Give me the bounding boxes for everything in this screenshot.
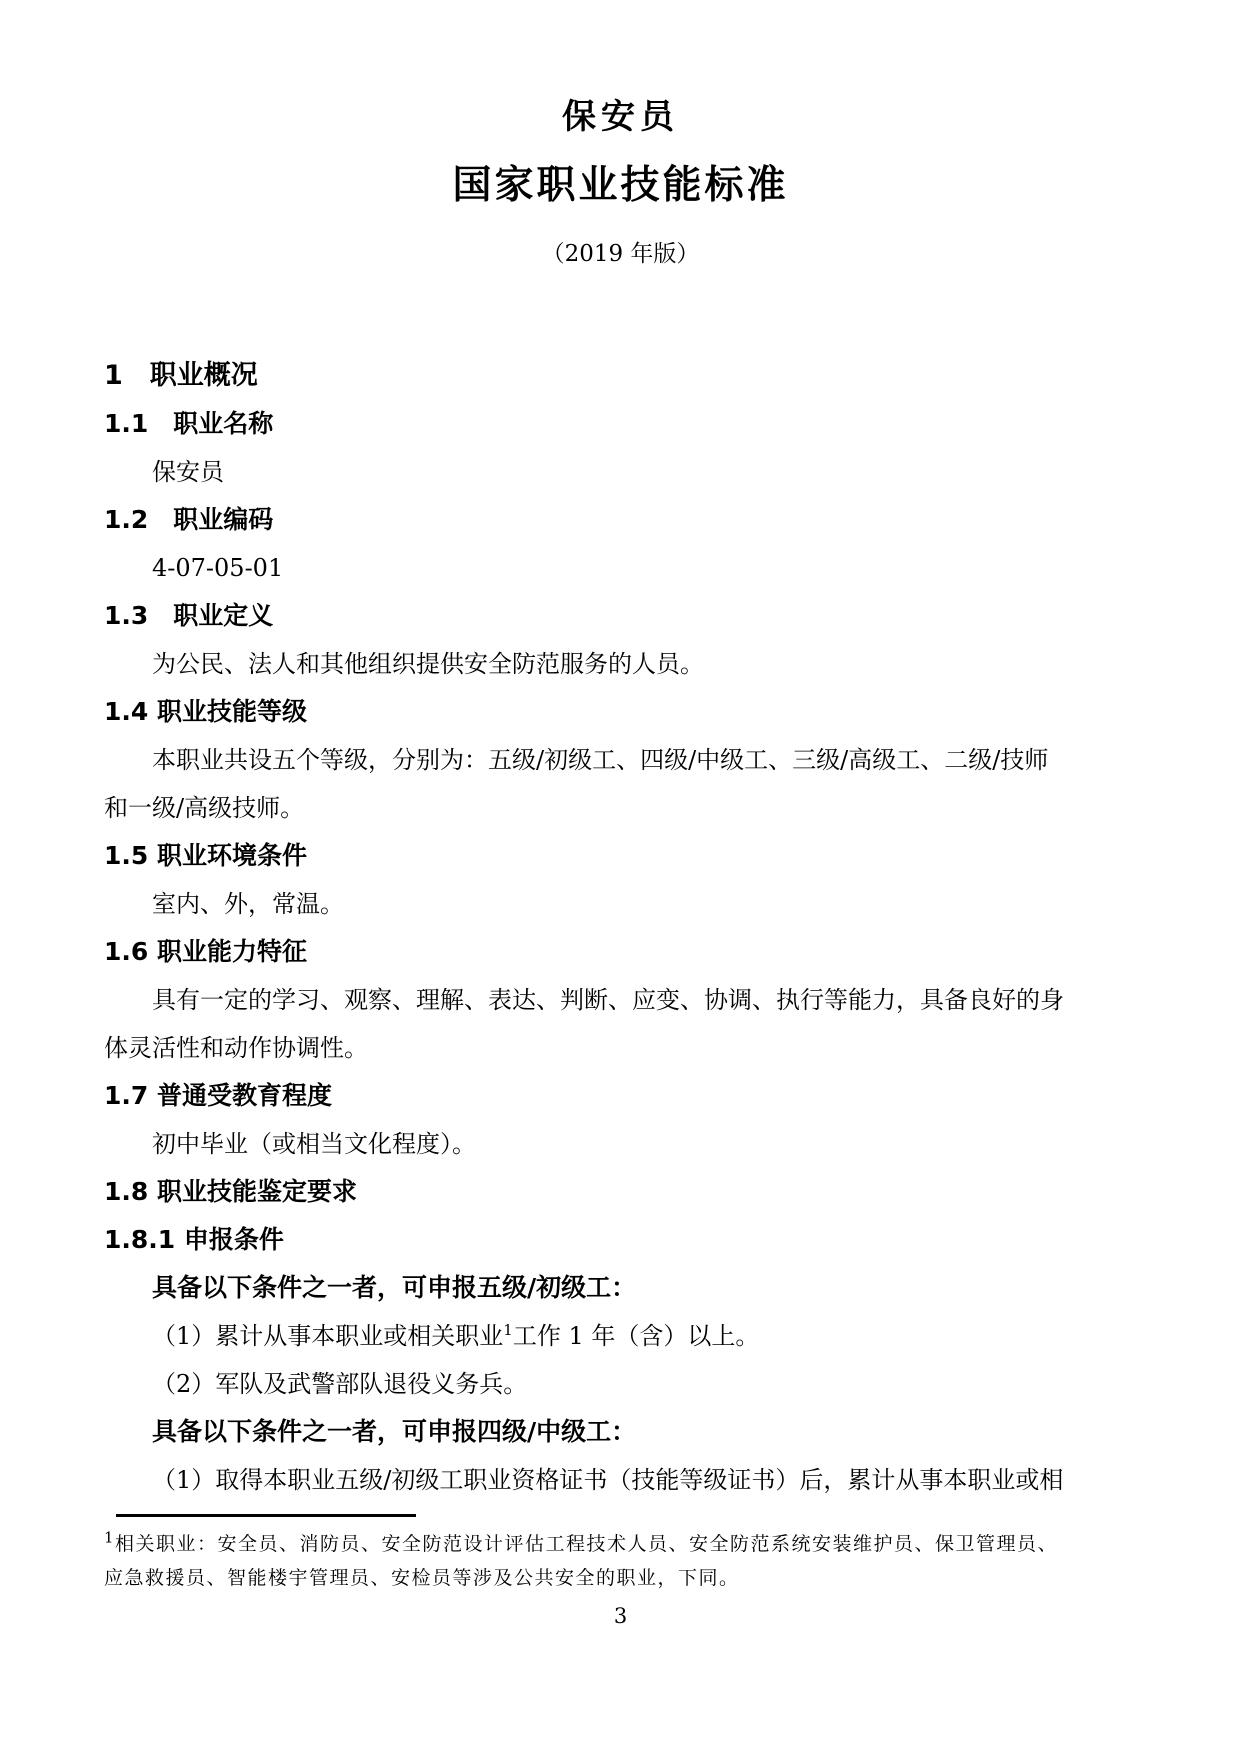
footnote-line: 1相关职业：安全员、消防员、安全防范设计评估工程技术人员、安全防范系统安装维护员… <box>104 1527 1137 1561</box>
page-footer: 1相关职业：安全员、消防员、安全防范设计评估工程技术人员、安全防范系统安装维护员… <box>104 1514 1137 1631</box>
section-heading-1: 1 职业概况 <box>104 352 1137 400</box>
paragraph-line: （2）军队及武警部队退役义务兵。 <box>104 1360 1137 1408</box>
requirement-heading-level4: 具备以下条件之一者，可申报四级/中级工： <box>104 1408 1137 1456</box>
paragraph-line: 保安员 <box>104 448 1137 496</box>
paragraph-line: 室内、外，常温。 <box>104 880 1137 928</box>
section-heading-1-7: 1.7 普通受教育程度 <box>104 1072 1137 1120</box>
paragraph-line: 体灵活性和动作协调性。 <box>104 1024 1137 1072</box>
requirement-heading-level5: 具备以下条件之一者，可申报五级/初级工： <box>104 1264 1137 1312</box>
paragraph-line: 和一级/高级技师。 <box>104 784 1137 832</box>
paragraph-line: 本职业共设五个等级，分别为：五级/初级工、四级/中级工、三级/高级工、二级/技师 <box>104 736 1137 784</box>
title-block: 保安员 国家职业技能标准 （2019 年版） <box>0 92 1241 272</box>
paragraph-text: 工作 1 年（含）以上。 <box>513 1322 760 1350</box>
footnote-marker: 1 <box>104 1529 115 1547</box>
paragraph-line: （1）累计从事本职业或相关职业1工作 1 年（含）以上。 <box>104 1312 1137 1360</box>
paragraph-line: 具有一定的学习、观察、理解、表达、判断、应变、协调、执行等能力，具备良好的身 <box>104 976 1137 1024</box>
section-heading-1-3: 1.3 职业定义 <box>104 592 1137 640</box>
section-heading-1-6: 1.6 职业能力特征 <box>104 928 1137 976</box>
footnote-separator <box>116 1514 416 1517</box>
section-heading-1-4: 1.4 职业技能等级 <box>104 688 1137 736</box>
document-page: 保安员 国家职业技能标准 （2019 年版） 1 职业概况 1.1 职业名称 保… <box>0 0 1241 1754</box>
footnote-text: 相关职业：安全员、消防员、安全防范设计评估工程技术人员、安全防范系统安装维护员、… <box>115 1533 1058 1555</box>
paragraph-line: （1）取得本职业五级/初级工职业资格证书（技能等级证书）后，累计从事本职业或相 <box>104 1456 1137 1504</box>
footnote-reference-marker: 1 <box>503 1321 513 1339</box>
page-number: 3 <box>104 1601 1137 1631</box>
section-heading-1-5: 1.5 职业环境条件 <box>104 832 1137 880</box>
footnote-line: 应急救援员、智能楼宇管理员、安检员等涉及公共安全的职业，下同。 <box>104 1561 1137 1595</box>
section-heading-1-8-1: 1.8.1 申报条件 <box>104 1216 1137 1264</box>
section-heading-1-1: 1.1 职业名称 <box>104 400 1137 448</box>
edition-label: （2019 年版） <box>0 236 1241 272</box>
section-heading-1-2: 1.2 职业编码 <box>104 496 1137 544</box>
paragraph-line: 为公民、法人和其他组织提供安全防范服务的人员。 <box>104 640 1137 688</box>
doc-subtitle: 国家职业技能标准 <box>0 158 1241 214</box>
doc-title: 保安员 <box>0 92 1241 142</box>
section-heading-1-8: 1.8 职业技能鉴定要求 <box>104 1168 1137 1216</box>
occupation-code: 4-07-05-01 <box>104 544 1137 592</box>
document-body: 1 职业概况 1.1 职业名称 保安员 1.2 职业编码 4-07-05-01 … <box>104 352 1137 1504</box>
paragraph-text: （1）累计从事本职业或相关职业 <box>152 1322 503 1350</box>
paragraph-line: 初中毕业（或相当文化程度）。 <box>104 1120 1137 1168</box>
